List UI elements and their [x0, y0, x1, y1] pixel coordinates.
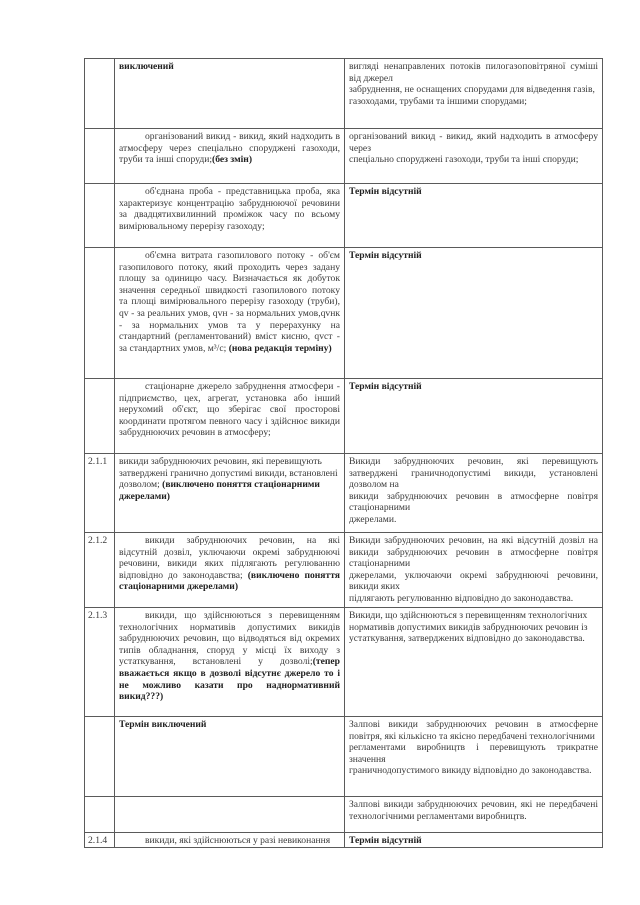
table-row: об'ємна витрата газопилового потоку - об… [85, 248, 603, 379]
table-row: 2.1.3 викиди, що здійснюються з перевище… [85, 608, 603, 717]
text-line: Залпові викиди забруднюючих речовин, які… [349, 799, 598, 822]
row-number [85, 248, 115, 379]
current-wording-cell: Термін відсутній [345, 379, 603, 454]
bold-note: (нова редакція терміну) [229, 343, 332, 354]
text-line: Викиди, що здійснюються з перевищенням т… [349, 610, 598, 622]
current-wording-cell: вигляді ненаправлених потоків пилогазопо… [345, 59, 603, 129]
text-line: регламентами виробництв і перевищують тр… [349, 742, 598, 765]
table-row: 2.1.2 викиди забруднюючих речовин, на як… [85, 533, 603, 608]
current-wording-cell: Термін відсутній [345, 248, 603, 379]
current-wording-cell: організований викид - викид, який надход… [345, 129, 603, 184]
current-wording-cell: Викиди, що здійснюються з перевищенням т… [345, 608, 603, 717]
current-wording-cell: Термін відсутній [345, 833, 603, 848]
text-line: граничнодопустимого викиду відповідно до… [349, 765, 598, 777]
text-line: спеціально споруджені газоходи, труби та… [349, 154, 598, 166]
text-line: Залпові викиди забруднюючих речовин в ат… [349, 719, 598, 742]
new-wording-cell: виключений [115, 59, 345, 129]
text-line: нормативів допустимих викидів забруднююч… [349, 622, 598, 634]
text-line: Викиди забруднюючих речовин, які перевищ… [349, 456, 598, 491]
new-wording-cell: об'єднана проба - представницька проба, … [115, 184, 345, 248]
comparison-table: виключений вигляді ненаправлених потоків… [84, 58, 603, 848]
text-line: вигляді ненаправлених потоків пилогазопо… [349, 61, 598, 84]
row-number: 2.1.2 [85, 533, 115, 608]
bold-note: Термін виключений [119, 719, 206, 730]
new-wording-cell: викиди, що здійснюються з перевищенням т… [115, 608, 345, 717]
text-line: устаткування, затверджених відповідно до… [349, 633, 598, 645]
row-number [85, 59, 115, 129]
row-number: 2.1.4 [85, 833, 115, 848]
table-row: організований викид - викид, який надход… [85, 129, 603, 184]
table-row: Залпові викиди забруднюючих речовин, які… [85, 797, 603, 833]
text-line: джерелами, уключаючи окремі забруднюючі … [349, 570, 598, 593]
table-row: 2.1.1 викиди забруднюючих речовин, які п… [85, 454, 603, 533]
term-absent-label: Термін відсутній [349, 381, 422, 392]
bold-note: (без змін) [212, 154, 252, 165]
row-number: 2.1.1 [85, 454, 115, 533]
current-wording-cell: Викиди забруднюючих речовин, на які відс… [345, 533, 603, 608]
current-wording-cell: Викиди забруднюючих речовин, які перевищ… [345, 454, 603, 533]
new-wording-cell: Термін виключений [115, 717, 345, 797]
row-number [85, 379, 115, 454]
definition-text: об'ємна витрата газопилового потоку - об… [119, 250, 340, 354]
definition-text: об'єднана проба - представницька проба, … [119, 186, 340, 232]
document-page: виключений вигляді ненаправлених потоків… [84, 58, 602, 848]
table-row: об'єднана проба - представницька проба, … [85, 184, 603, 248]
term-absent-label: Термін відсутній [349, 186, 422, 197]
term-absent-label: Термін відсутній [349, 835, 422, 846]
table-row: стаціонарне джерело забруднення атмосфер… [85, 379, 603, 454]
row-number [85, 797, 115, 833]
current-wording-cell: Залпові викиди забруднюючих речовин в ат… [345, 717, 603, 797]
text-line: газоходами, трубами та іншими спорудами; [349, 96, 598, 108]
row-number [85, 129, 115, 184]
table-row: виключений вигляді ненаправлених потоків… [85, 59, 603, 129]
new-wording-cell: викиди забруднюючих речовин, які перевищ… [115, 454, 345, 533]
term-absent-label: Термін відсутній [349, 250, 422, 261]
text-line: викиди забруднюючих речовин в атмосферне… [349, 491, 598, 514]
new-wording-cell: стаціонарне джерело забруднення атмосфер… [115, 379, 345, 454]
row-number [85, 717, 115, 797]
row-number [85, 184, 115, 248]
text-line: підлягають регулюванню відповідно до зак… [349, 593, 598, 605]
row-number: 2.1.3 [85, 608, 115, 717]
text-line: Викиди забруднюючих речовин, на які відс… [349, 535, 598, 570]
current-wording-cell: Залпові викиди забруднюючих речовин, які… [345, 797, 603, 833]
definition-text: викиди, які здійснюються у разі невикона… [145, 835, 330, 846]
new-wording-cell [115, 797, 345, 833]
new-wording-cell: організований викид - викид, який надход… [115, 129, 345, 184]
new-wording-cell: викиди, які здійснюються у разі невикона… [115, 833, 345, 848]
current-wording-cell: Термін відсутній [345, 184, 603, 248]
bold-note: виключений [119, 61, 174, 72]
new-wording-cell: викиди забруднюючих речовин, на які відс… [115, 533, 345, 608]
text-line: організований викид - викид, який надход… [349, 131, 598, 154]
text-line: забруднення, не оснащених спорудами для … [349, 84, 598, 96]
table-row: Термін виключений Залпові викиди забрудн… [85, 717, 603, 797]
table-row: 2.1.4 викиди, які здійснюються у разі не… [85, 833, 603, 848]
new-wording-cell: об'ємна витрата газопилового потоку - об… [115, 248, 345, 379]
definition-text: стаціонарне джерело забруднення атмосфер… [119, 381, 340, 438]
definition-text: викиди, що здійснюються з перевищенням т… [119, 610, 340, 667]
text-line: джерелами. [349, 514, 598, 526]
